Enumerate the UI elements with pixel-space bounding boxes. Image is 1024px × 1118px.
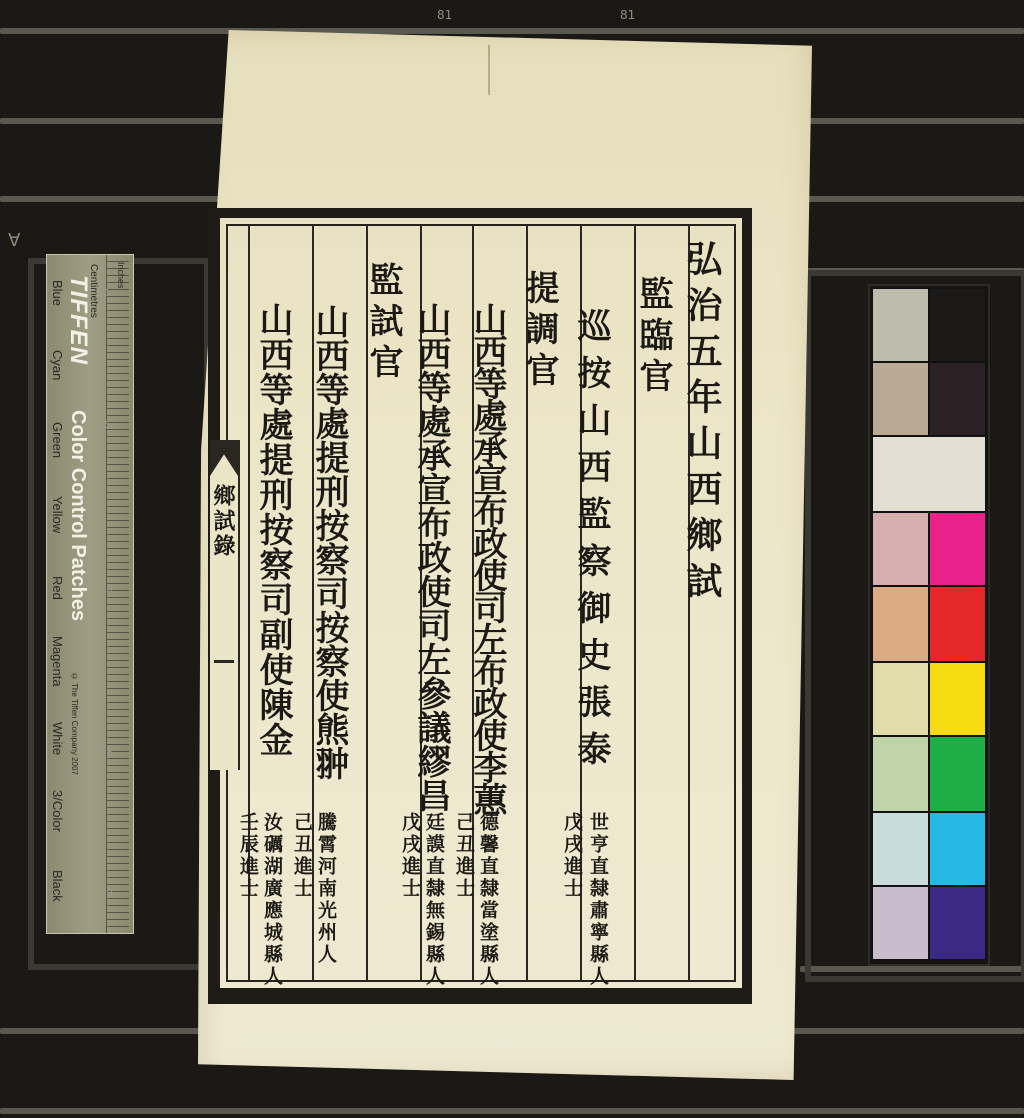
swatch-cyan-pale <box>872 812 929 886</box>
official-origin-note: 世亨直隸肅寧縣人 <box>588 812 607 988</box>
ruler-cm-tick: 5 <box>104 420 110 431</box>
patch-label-green: Green <box>50 422 65 458</box>
document-title: 弘治五年山西鄉試 <box>684 240 720 608</box>
official-degree-note: 己丑進士 <box>292 812 311 900</box>
ruler-cm-tick: 15 <box>100 750 113 761</box>
tiffen-logo: TIFFEN <box>64 275 92 365</box>
swatch-black <box>929 288 986 362</box>
swatch-white <box>872 436 986 512</box>
background-stripe <box>0 1108 1024 1114</box>
page-fold-mark <box>488 45 490 95</box>
heading-examiner: 監試官 <box>366 262 400 385</box>
official-origin-note: 汝礪湖廣應城縣人 <box>262 812 281 988</box>
background-marker: 81 <box>620 8 635 22</box>
swatch-yellow <box>929 662 986 736</box>
official-origin-note: 德馨直隸當塗縣人 <box>478 812 497 988</box>
official-degree-note: 己丑進士 <box>454 812 473 900</box>
ruler-units-inches: Inches <box>116 262 126 289</box>
center-column-title: 鄉試錄 <box>212 484 234 559</box>
swatch-green-pale <box>872 736 929 812</box>
official-degree-note: 戊戌進士 <box>400 812 419 900</box>
official-name: 山西等處承宣布政使司左參議繆昌 <box>414 302 448 812</box>
official-name: 山西等處承宣布政使司左布政使李蕙 <box>470 302 504 814</box>
swatch-dark-brown <box>929 362 986 436</box>
patch-label-magenta: Magenta <box>50 636 65 687</box>
ruler-cm-tick: 1 <box>104 288 110 299</box>
ruler-copyright: © The Tiffen Company 2007 <box>70 672 79 775</box>
swatch-gray-light <box>872 288 929 362</box>
official-name: 山西等處提刑按察司按察使熊翀 <box>312 304 346 780</box>
patch-label-cyan: Cyan <box>50 350 65 380</box>
patch-label-white: White <box>50 722 65 755</box>
center-column-dash <box>214 660 234 663</box>
official-name: 巡按山西監察御史張泰 <box>574 308 608 778</box>
official-degree-note: 戊戌進士 <box>562 812 581 900</box>
swatch-yellow-pale <box>872 662 929 736</box>
patch-label-3color: 3/Color <box>50 790 65 832</box>
heading-supervisor: 監臨官 <box>636 276 670 399</box>
swatch-red <box>929 586 986 662</box>
background-marker: 81 <box>437 8 452 22</box>
swatch-blue <box>929 886 986 960</box>
official-degree-note: 壬辰進士 <box>238 812 257 900</box>
color-control-chart <box>868 284 990 966</box>
patch-label-blue: Blue <box>50 280 65 306</box>
swatch-magenta <box>929 512 986 586</box>
swatch-pink-pale <box>872 512 929 586</box>
ruler-product-name: Color Control Patches <box>66 410 89 621</box>
swatch-lavender <box>872 886 929 960</box>
official-name: 山西等處提刑按察司副使陳金 <box>256 302 290 757</box>
swatch-peach <box>872 586 929 662</box>
patch-label-black: Black <box>50 870 65 902</box>
official-origin-note: 廷謨直隸無錫縣人 <box>424 812 443 988</box>
swatch-green <box>929 736 986 812</box>
swatch-cyan <box>929 812 986 886</box>
official-origin-note: 騰霄河南光州人 <box>316 812 335 966</box>
patch-label-red: Red <box>50 576 65 600</box>
background-marker: A <box>8 228 20 249</box>
swatch-gray-warm <box>872 362 929 436</box>
heading-proctor: 提調官 <box>522 270 556 393</box>
ruler-cm-tick: 19 <box>100 888 113 899</box>
background-stripe <box>0 28 1024 34</box>
patch-label-yellow: Yellow <box>50 496 65 533</box>
ruler-cm-tick: 10 <box>100 584 113 595</box>
